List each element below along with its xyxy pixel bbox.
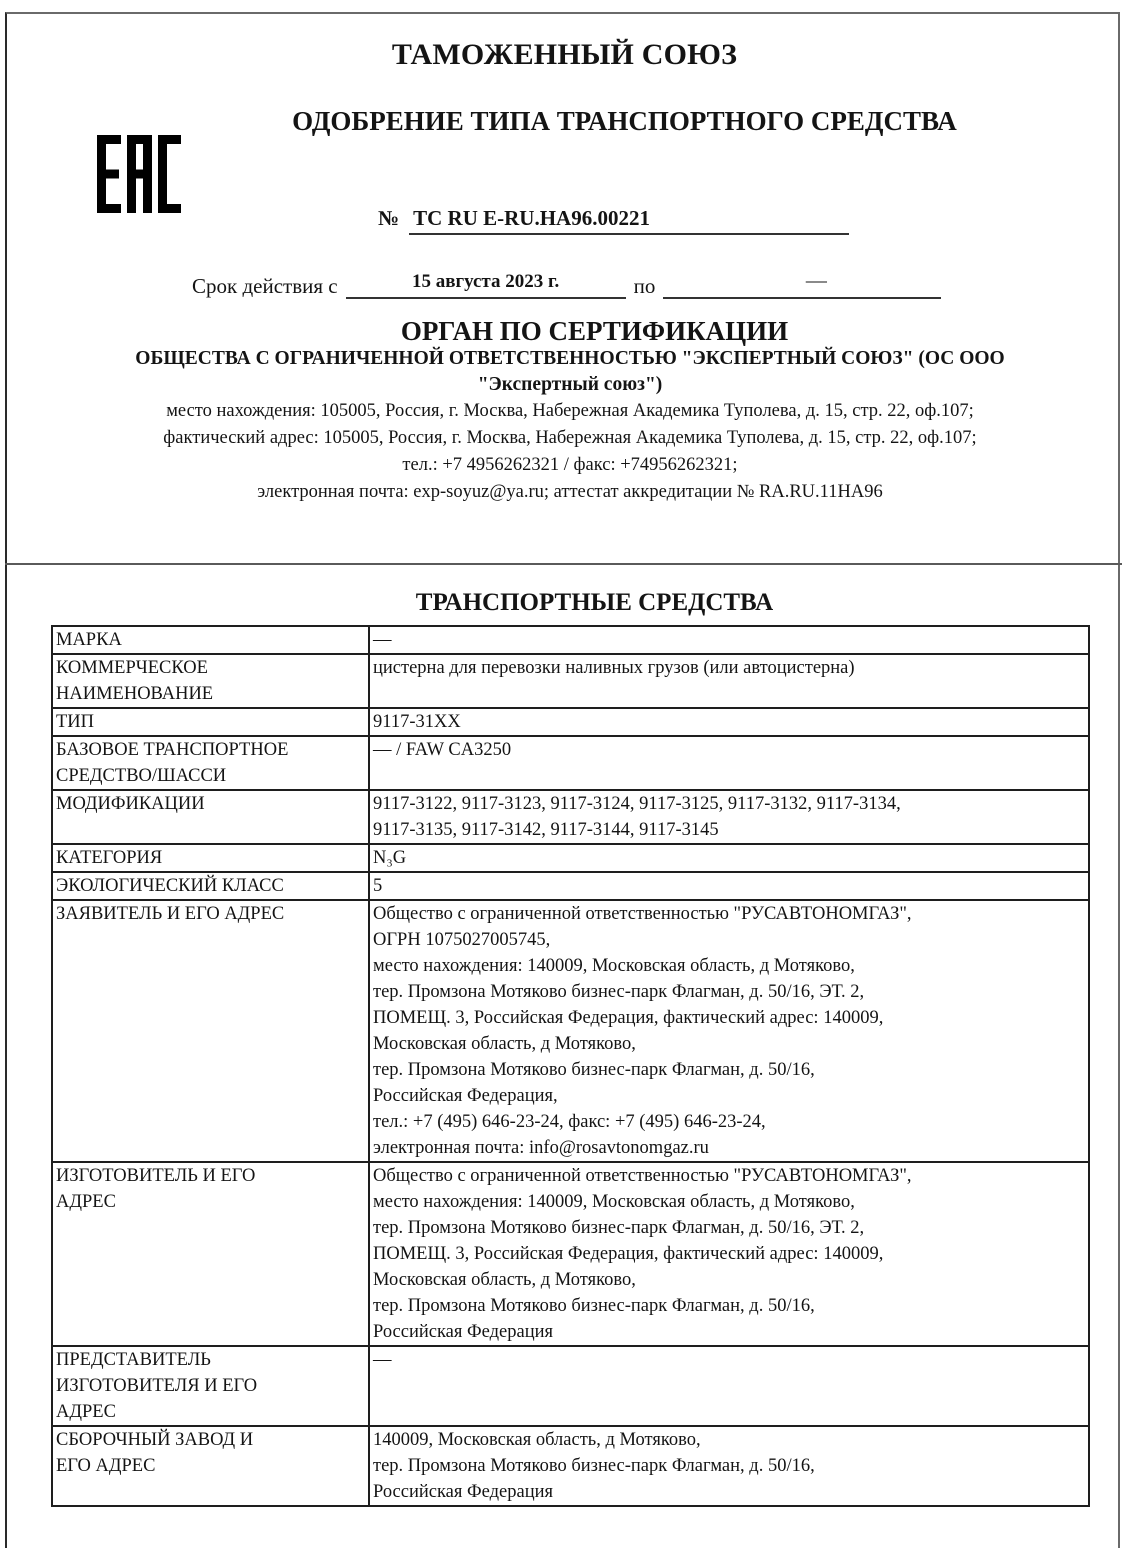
- table-row-type: ТИП9117-31XX: [52, 708, 1089, 736]
- value-line: 9117-31XX: [373, 709, 1085, 735]
- row-value: —: [369, 626, 1089, 654]
- certification-body-name: ОБЩЕСТВА С ОГРАНИЧЕННОЙ ОТВЕТСТВЕННОСТЬЮ…: [30, 346, 1110, 398]
- row-label: МОДИФИКАЦИИ: [52, 790, 369, 844]
- table-row-manufacturer-representative: ПРЕДСТАВИТЕЛЬИЗГОТОВИТЕЛЯ И ЕГОАДРЕС—: [52, 1346, 1089, 1426]
- table-row-manufacturer: ИЗГОТОВИТЕЛЬ И ЕГОАДРЕСОбщество с ограни…: [52, 1162, 1089, 1346]
- value-line: ПОМЕЩ. 3, Российская Федерация, фактичес…: [373, 1241, 1085, 1267]
- table-row-base-vehicle-chassis: БАЗОВОЕ ТРАНСПОРТНОЕСРЕДСТВО/ШАССИ— / FA…: [52, 736, 1089, 790]
- label-line: ЗАЯВИТЕЛЬ И ЕГО АДРЕС: [56, 901, 365, 927]
- label-line: БАЗОВОЕ ТРАНСПОРТНОЕ: [56, 737, 365, 763]
- validity-label: Срок действия с: [192, 274, 338, 299]
- row-label: ПРЕДСТАВИТЕЛЬИЗГОТОВИТЕЛЯ И ЕГОАДРЕС: [52, 1346, 369, 1426]
- label-line: ТИП: [56, 709, 365, 735]
- email-accreditation-line: электронная почта: exp-soyuz@ya.ru; атте…: [30, 479, 1110, 506]
- value-line: место нахождения: 140009, Московская обл…: [373, 953, 1085, 979]
- row-label: ИЗГОТОВИТЕЛЬ И ЕГОАДРЕС: [52, 1162, 369, 1346]
- table-row-eco-class: ЭКОЛОГИЧЕСКИЙ КЛАСС5: [52, 872, 1089, 900]
- certification-body-heading: ОРГАН ПО СЕРТИФИКАЦИИ: [0, 316, 1129, 347]
- certification-body-address: место нахождения: 105005, Россия, г. Мос…: [30, 398, 1110, 506]
- row-value: Общество с ограниченной ответственностью…: [369, 1162, 1089, 1346]
- row-label: ЭКОЛОГИЧЕСКИЙ КЛАСС: [52, 872, 369, 900]
- label-line: АДРЕС: [56, 1399, 365, 1425]
- row-value: Общество с ограниченной ответственностью…: [369, 900, 1089, 1162]
- address-line: место нахождения: 105005, Россия, г. Мос…: [30, 398, 1110, 425]
- number-sign: №: [378, 206, 399, 231]
- address-line: фактический адрес: 105005, Россия, г. Мо…: [30, 425, 1110, 452]
- value-line: Российская Федерация: [373, 1479, 1085, 1505]
- valid-to-date: —: [663, 268, 941, 299]
- approval-title: ОДОБРЕНИЕ ТИПА ТРАНСПОРТНОГО СРЕДСТВА: [60, 106, 1129, 137]
- label-line: КОММЕРЧЕСКОЕ: [56, 655, 365, 681]
- label-line: АДРЕС: [56, 1189, 365, 1215]
- value-line: Московская область, д Мотяково,: [373, 1267, 1085, 1293]
- label-line: НАИМЕНОВАНИЕ: [56, 681, 365, 707]
- table-row-assembly-plant: СБОРОЧНЫЙ ЗАВОД ИЕГО АДРЕС140009, Москов…: [52, 1426, 1089, 1506]
- vehicles-table: МАРКА—КОММЕРЧЕСКОЕНАИМЕНОВАНИЕцистерна д…: [51, 625, 1090, 1507]
- row-value: 5: [369, 872, 1089, 900]
- value-line: N₃G: [373, 845, 1085, 871]
- row-value: 9117-3122, 9117-3123, 9117-3124, 9117-31…: [369, 790, 1089, 844]
- certification-body-name-line: "Экспертный союз"): [30, 372, 1110, 398]
- row-label: КОММЕРЧЕСКОЕНАИМЕНОВАНИЕ: [52, 654, 369, 708]
- certificate-number: ТС RU E-RU.НА96.00221: [409, 206, 849, 235]
- eac-mark-icon: [97, 135, 181, 213]
- label-line: КАТЕГОРИЯ: [56, 845, 365, 871]
- value-line: тер. Промзона Мотяково бизнес-парк Флагм…: [373, 979, 1085, 1005]
- section-divider: [5, 563, 1122, 565]
- label-line: ИЗГОТОВИТЕЛЯ И ЕГО: [56, 1373, 365, 1399]
- row-label: ЗАЯВИТЕЛЬ И ЕГО АДРЕС: [52, 900, 369, 1162]
- table-row-commercial-name: КОММЕРЧЕСКОЕНАИМЕНОВАНИЕцистерна для пер…: [52, 654, 1089, 708]
- value-line: тер. Промзона Мотяково бизнес-парк Флагм…: [373, 1057, 1085, 1083]
- row-label: КАТЕГОРИЯ: [52, 844, 369, 872]
- label-line: ЕГО АДРЕС: [56, 1453, 365, 1479]
- table-row-category: КАТЕГОРИЯN₃G: [52, 844, 1089, 872]
- row-label: ТИП: [52, 708, 369, 736]
- value-line: Российская Федерация,: [373, 1083, 1085, 1109]
- row-value: 9117-31XX: [369, 708, 1089, 736]
- value-line: ОГРН 1075027005745,: [373, 927, 1085, 953]
- value-line: тел.: +7 (495) 646-23-24, факс: +7 (495)…: [373, 1109, 1085, 1135]
- value-line: тер. Промзона Мотяково бизнес-парк Флагм…: [373, 1453, 1085, 1479]
- row-value: N₃G: [369, 844, 1089, 872]
- certification-body-name-line: ОБЩЕСТВА С ОГРАНИЧЕННОЙ ОТВЕТСТВЕННОСТЬЮ…: [30, 346, 1110, 372]
- value-line: Общество с ограниченной ответственностью…: [373, 1163, 1085, 1189]
- value-line: 5: [373, 873, 1085, 899]
- value-line: электронная почта: info@rosavtonomgaz.ru: [373, 1135, 1085, 1161]
- label-line: СБОРОЧНЫЙ ЗАВОД И: [56, 1427, 365, 1453]
- value-line: тер. Промзона Мотяково бизнес-парк Флагм…: [373, 1215, 1085, 1241]
- label-line: МОДИФИКАЦИИ: [56, 791, 365, 817]
- validity-period: Срок действия с 15 августа 2023 г. по —: [192, 268, 941, 299]
- row-label: МАРКА: [52, 626, 369, 654]
- certificate-number-row: № ТС RU E-RU.НА96.00221: [378, 206, 849, 235]
- value-line: тер. Промзона Мотяково бизнес-парк Флагм…: [373, 1293, 1085, 1319]
- value-line: ПОМЕЩ. 3, Российская Федерация, фактичес…: [373, 1005, 1085, 1031]
- label-line: ПРЕДСТАВИТЕЛЬ: [56, 1347, 365, 1373]
- row-value: — / FAW CA3250: [369, 736, 1089, 790]
- row-value: 140009, Московская область, д Мотяково,т…: [369, 1426, 1089, 1506]
- value-line: Общество с ограниченной ответственностью…: [373, 901, 1085, 927]
- value-line: 9117-3122, 9117-3123, 9117-3124, 9117-31…: [373, 791, 1085, 817]
- table-row-applicant: ЗАЯВИТЕЛЬ И ЕГО АДРЕСОбщество с ограниче…: [52, 900, 1089, 1162]
- value-line: 140009, Московская область, д Мотяково,: [373, 1427, 1085, 1453]
- vehicles-heading: ТРАНСПОРТНЫЕ СРЕДСТВА: [0, 589, 1129, 617]
- label-line: СРЕДСТВО/ШАССИ: [56, 763, 365, 789]
- table-row-brand: МАРКА—: [52, 626, 1089, 654]
- contact-line: тел.: +7 4956262321 / факс: +74956262321…: [30, 452, 1110, 479]
- label-line: МАРКА: [56, 627, 365, 653]
- value-line: 9117-3135, 9117-3142, 9117-3144, 9117-31…: [373, 817, 1085, 843]
- value-line: место нахождения: 140009, Московская обл…: [373, 1189, 1085, 1215]
- row-value: цистерна для перевозки наливных грузов (…: [369, 654, 1089, 708]
- valid-to-label: по: [634, 274, 656, 299]
- value-line: —: [373, 627, 1085, 653]
- row-label: БАЗОВОЕ ТРАНСПОРТНОЕСРЕДСТВО/ШАССИ: [52, 736, 369, 790]
- label-line: ИЗГОТОВИТЕЛЬ И ЕГО: [56, 1163, 365, 1189]
- value-line: цистерна для перевозки наливных грузов (…: [373, 655, 1085, 681]
- union-title: ТАМОЖЕННЫЙ СОЮЗ: [0, 38, 1129, 72]
- table-row-modifications: МОДИФИКАЦИИ9117-3122, 9117-3123, 9117-31…: [52, 790, 1089, 844]
- value-line: — / FAW CA3250: [373, 737, 1085, 763]
- label-line: ЭКОЛОГИЧЕСКИЙ КЛАСС: [56, 873, 365, 899]
- value-line: —: [373, 1347, 1085, 1373]
- value-line: Московская область, д Мотяково,: [373, 1031, 1085, 1057]
- row-value: —: [369, 1346, 1089, 1426]
- row-label: СБОРОЧНЫЙ ЗАВОД ИЕГО АДРЕС: [52, 1426, 369, 1506]
- valid-from-date: 15 августа 2023 г.: [346, 271, 626, 299]
- value-line: Российская Федерация: [373, 1319, 1085, 1345]
